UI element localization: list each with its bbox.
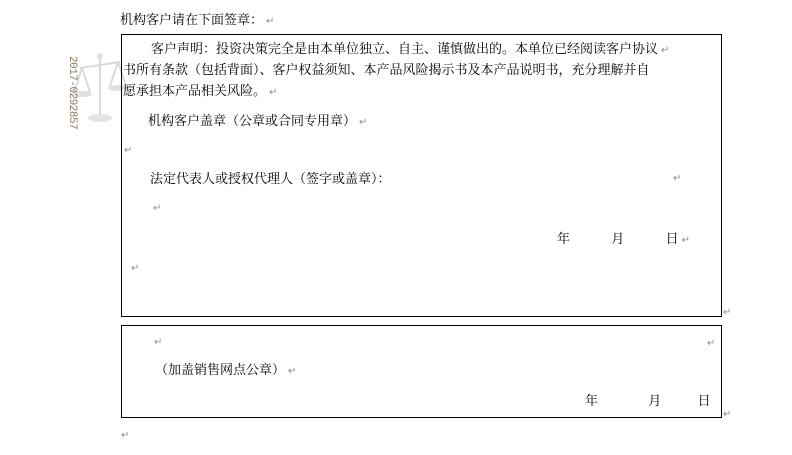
paragraph-mark: ↵ — [131, 263, 139, 274]
paragraph-mark: ↵ — [723, 409, 731, 420]
date-month: 月 — [611, 232, 624, 247]
representative-signature-label: 法定代表人或授权代理人（签字或盖章）： — [150, 169, 391, 190]
date-day: 日 — [698, 394, 711, 409]
signature-date-1: 年 月 日↵ — [557, 228, 690, 247]
heading-text: 机构客户请在下面签章： — [120, 13, 263, 28]
paragraph-mark: ↵ — [707, 338, 715, 349]
declaration-line-1: 客户声明：投资决策完全是由本单位独立、自主、谨慎做出的。本单位已经阅读客户协议↵ — [151, 39, 669, 61]
signature-heading: 机构客户请在下面签章：↵ — [120, 9, 274, 28]
signature-date-2: 年 月 日 — [585, 390, 711, 409]
declaration-line-2: 书所有条款（包括背面）、客户权益须知、本产品风险揭示书及本产品说明书，充分理解并… — [123, 60, 650, 81]
date-year: 年 — [585, 394, 598, 409]
date-month: 月 — [648, 394, 661, 409]
paragraph-mark: ↵ — [153, 203, 161, 214]
declaration-line-3: 愿承担本产品相关风险。↵ — [123, 81, 277, 103]
sales-outlet-stamp-label: （加盖销售网点公章）↵ — [155, 360, 296, 382]
watermark-number: 2017-0292857 — [66, 56, 78, 129]
date-year: 年 — [557, 232, 570, 247]
date-day: 日 — [666, 232, 679, 247]
paragraph-mark: ↵ — [266, 16, 274, 27]
institution-stamp-label: 机构客户盖章（公章或合同专用章）↵ — [148, 111, 367, 133]
paragraph-mark: ↵ — [723, 307, 731, 318]
paragraph-mark: ↵ — [124, 145, 132, 156]
paragraph-mark: ↵ — [673, 173, 681, 184]
paragraph-mark: ↵ — [121, 430, 129, 441]
paragraph-mark: ↵ — [154, 337, 162, 348]
